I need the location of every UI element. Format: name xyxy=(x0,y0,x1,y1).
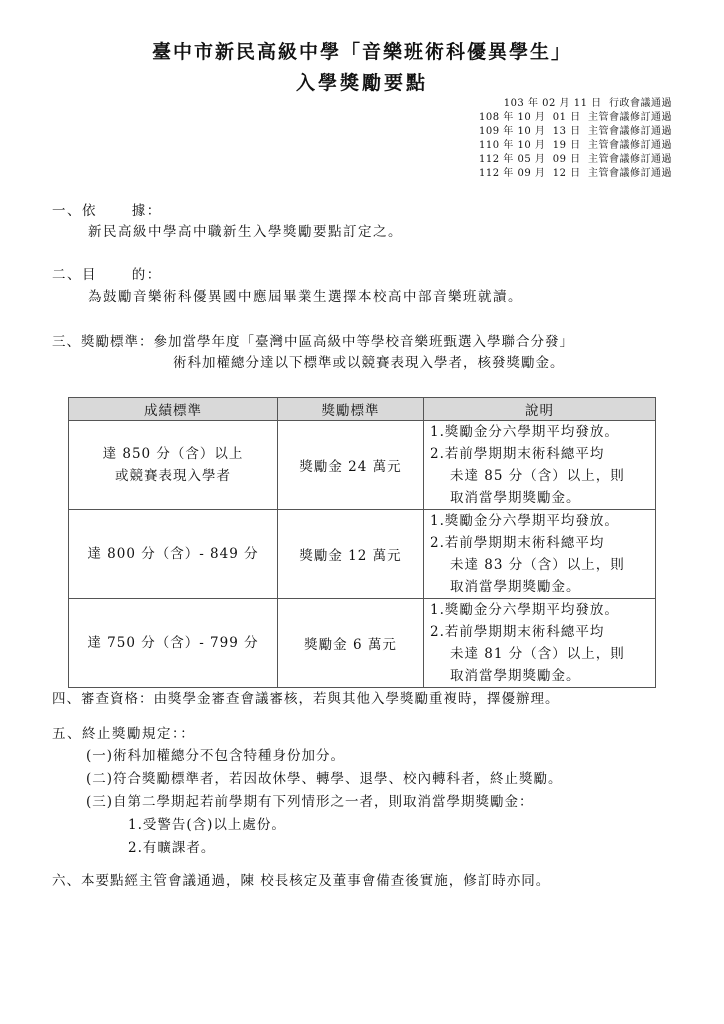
column-header-score: 成績標準 xyxy=(69,398,278,421)
score-cell: 達 800 分（含）- 849 分 xyxy=(69,510,278,599)
revision-entry: 108 年 10 月 01 日 主管會議修訂通過 xyxy=(479,111,672,125)
section-5-subitem: 1.受警告(含)以上處份。 xyxy=(128,814,286,837)
section-3-heading: 三、獎勵標準：參加當學年度「臺灣中區高級中等學校音樂班甄選入學聯合分發」 xyxy=(52,332,574,352)
reward-cell: 獎勵金 12 萬元 xyxy=(278,510,424,599)
revision-entry: 109 年 10 月 13 日 主管會議修訂通過 xyxy=(479,125,672,139)
score-cell: 達 850 分（含）以上 或競賽表現入學者 xyxy=(69,421,278,510)
revision-entry: 103 年 02 月 11 日 行政會議通過 xyxy=(479,97,672,111)
section-2-body: 為鼓勵音樂術科優異國中應屆畢業生選擇本校高中部音樂班就讀。 xyxy=(88,287,523,307)
notes-cell: 1.獎勵金分六學期平均發放。 2.若前學期期末術科總平均 未達 85 分（含）以… xyxy=(424,421,656,510)
document-subtitle: 入學獎勵要點 xyxy=(0,71,724,95)
section-5-item: (二)符合獎勵標準者，若因故休學、轉學、退學、校內轉科者，終止獎勵。 xyxy=(86,768,563,791)
table-header-row: 成績標準 獎勵標準 說明 xyxy=(69,398,656,421)
section-6-heading: 六、本要點經主管會議通過，陳 校長核定及董事會備查後實施，修訂時亦同。 xyxy=(52,871,550,891)
section-5-item: (三)自第二學期起若前學期有下列情形之一者，則取消當學期獎勵金： xyxy=(86,791,534,814)
section-5-subitem: 2.有曠課者。 xyxy=(128,837,215,860)
table-row: 達 850 分（含）以上 或競賽表現入學者 獎勵金 24 萬元 1.獎勵金分六學… xyxy=(69,421,656,510)
table-row: 達 750 分（含）- 799 分 獎勵金 6 萬元 1.獎勵金分六學期平均發放… xyxy=(69,599,656,688)
section-2-heading: 二、目 的： xyxy=(52,265,162,285)
section-3-body: 術科加權總分達以下標準或以競賽表現入學者，核發獎勵金。 xyxy=(173,353,565,373)
revision-entry: 112 年 05 月 09 日 主管會議修訂通過 xyxy=(479,153,672,167)
section-5-item: (一)術科加權總分不包含特種身份加分。 xyxy=(86,745,345,768)
column-header-notes: 說明 xyxy=(424,398,656,421)
score-cell: 達 750 分（含）- 799 分 xyxy=(69,599,278,688)
revision-entry: 110 年 10 月 19 日 主管會議修訂通過 xyxy=(479,139,672,153)
section-5-heading: 五、終止獎勵規定：： xyxy=(52,724,195,744)
table-row: 達 800 分（含）- 849 分 獎勵金 12 萬元 1.獎勵金分六學期平均發… xyxy=(69,510,656,599)
notes-cell: 1.獎勵金分六學期平均發放。 2.若前學期期末術科總平均 未達 81 分（含）以… xyxy=(424,599,656,688)
section-1-body: 新民高級中學高中職新生入學獎勵要點訂定之。 xyxy=(88,222,403,242)
reward-cell: 獎勵金 6 萬元 xyxy=(278,599,424,688)
reward-cell: 獎勵金 24 萬元 xyxy=(278,421,424,510)
section-1-heading: 一、依 據： xyxy=(52,201,162,221)
section-4-heading: 四、審查資格：由獎學金審查會議審核，若與其他入學獎勵重複時，擇優辦理。 xyxy=(52,689,560,709)
reward-table: 成績標準 獎勵標準 說明 達 850 分（含）以上 或競賽表現入學者 獎勵金 2… xyxy=(68,397,656,688)
notes-cell: 1.獎勵金分六學期平均發放。 2.若前學期期末術科總平均 未達 83 分（含）以… xyxy=(424,510,656,599)
revision-entry: 112 年 09 月 12 日 主管會議修訂通過 xyxy=(479,167,672,181)
document-title: 臺中市新民高級中學「音樂班術科優異學生」 xyxy=(0,40,724,64)
revision-history: 103 年 02 月 11 日 行政會議通過 108 年 10 月 01 日 主… xyxy=(479,97,672,181)
column-header-reward: 獎勵標準 xyxy=(278,398,424,421)
